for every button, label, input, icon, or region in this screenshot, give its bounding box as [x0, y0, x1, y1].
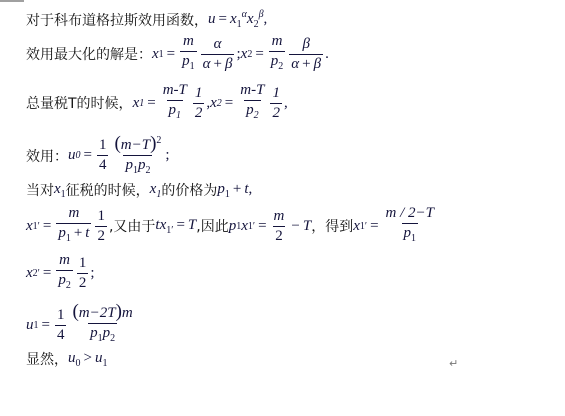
formula-x2: x2= mp2 βα+β . — [241, 33, 329, 75]
formula-budget: p1x1′= m2 −T — [229, 208, 311, 245]
text: 显然， — [26, 349, 68, 369]
top-divider — [0, 0, 24, 2]
symbol-x1: x1 — [150, 181, 162, 200]
line-x2-prime: x2′= mp2 12 ; — [26, 252, 95, 294]
line-utility-u0: 效用： u0= 14 (m−T)2p1p2 ; — [26, 132, 170, 179]
formula-x1-prime: x1′= mp1+t 12 — [26, 205, 109, 247]
text: 效用最大化的解是： — [26, 44, 152, 64]
formula-utility: u=x1αx2β, — [208, 9, 267, 30]
line-conclusion: 显然， u0>u1 — [26, 349, 107, 369]
formula-x1: x1= mp1 αα+β ; — [152, 33, 241, 75]
formula-lump-sum-demand: x1= m-Tp1 12 , x2= m-Tp2 12 , — [133, 82, 288, 124]
formula-x1-prime-result: x1′= m / 2−Tp1 — [353, 205, 438, 247]
symbol-x1: x1 — [54, 181, 66, 200]
line-lump-sum-tax: 总量税T的时候， x1= m-Tp1 12 , x2= m-Tp2 12 , — [26, 82, 288, 124]
formula-comparison: u0>u1 — [68, 350, 107, 369]
line-utility-u1: u1= 14 (m−2T)mp1p2 — [26, 303, 137, 347]
formula-u1: u1= 14 (m−2T)mp1p2 — [26, 303, 137, 347]
formula-u0: u0= 14 (m−T)2p1p2 ; — [68, 132, 170, 179]
text: 对于科布道格拉斯效用函数， — [26, 10, 208, 30]
paragraph-return-icon: ↵ — [449, 357, 458, 370]
text: ,因此 — [196, 216, 228, 236]
line-cobb-douglas: 对于科布道格拉斯效用函数， u=x1αx2β, — [26, 9, 267, 30]
text: 效用： — [26, 146, 68, 166]
line-x1-prime: x1′= mp1+t 12 ,又由于 tx1′=T ,因此 p1x1′= m2 … — [26, 205, 438, 247]
text: ，得到 — [311, 216, 353, 236]
formula-tax-revenue: tx1′=T — [155, 217, 196, 236]
formula-x2-prime: x2′= mp2 12 ; — [26, 252, 95, 294]
text: 总量税T的时候， — [26, 93, 133, 113]
formula-price: p1+t, — [217, 181, 252, 200]
text: 当对 — [26, 180, 54, 200]
text: ,又由于 — [109, 216, 155, 236]
line-tax-on-x1: 当对 x1 征税的时候， x1 的价格为 p1+t, — [26, 180, 252, 200]
line-utility-max: 效用最大化的解是： x1= mp1 αα+β ; x2= mp2 βα+β . — [26, 33, 329, 75]
text: 的价格为 — [161, 180, 217, 200]
text: 征税的时候， — [66, 180, 150, 200]
